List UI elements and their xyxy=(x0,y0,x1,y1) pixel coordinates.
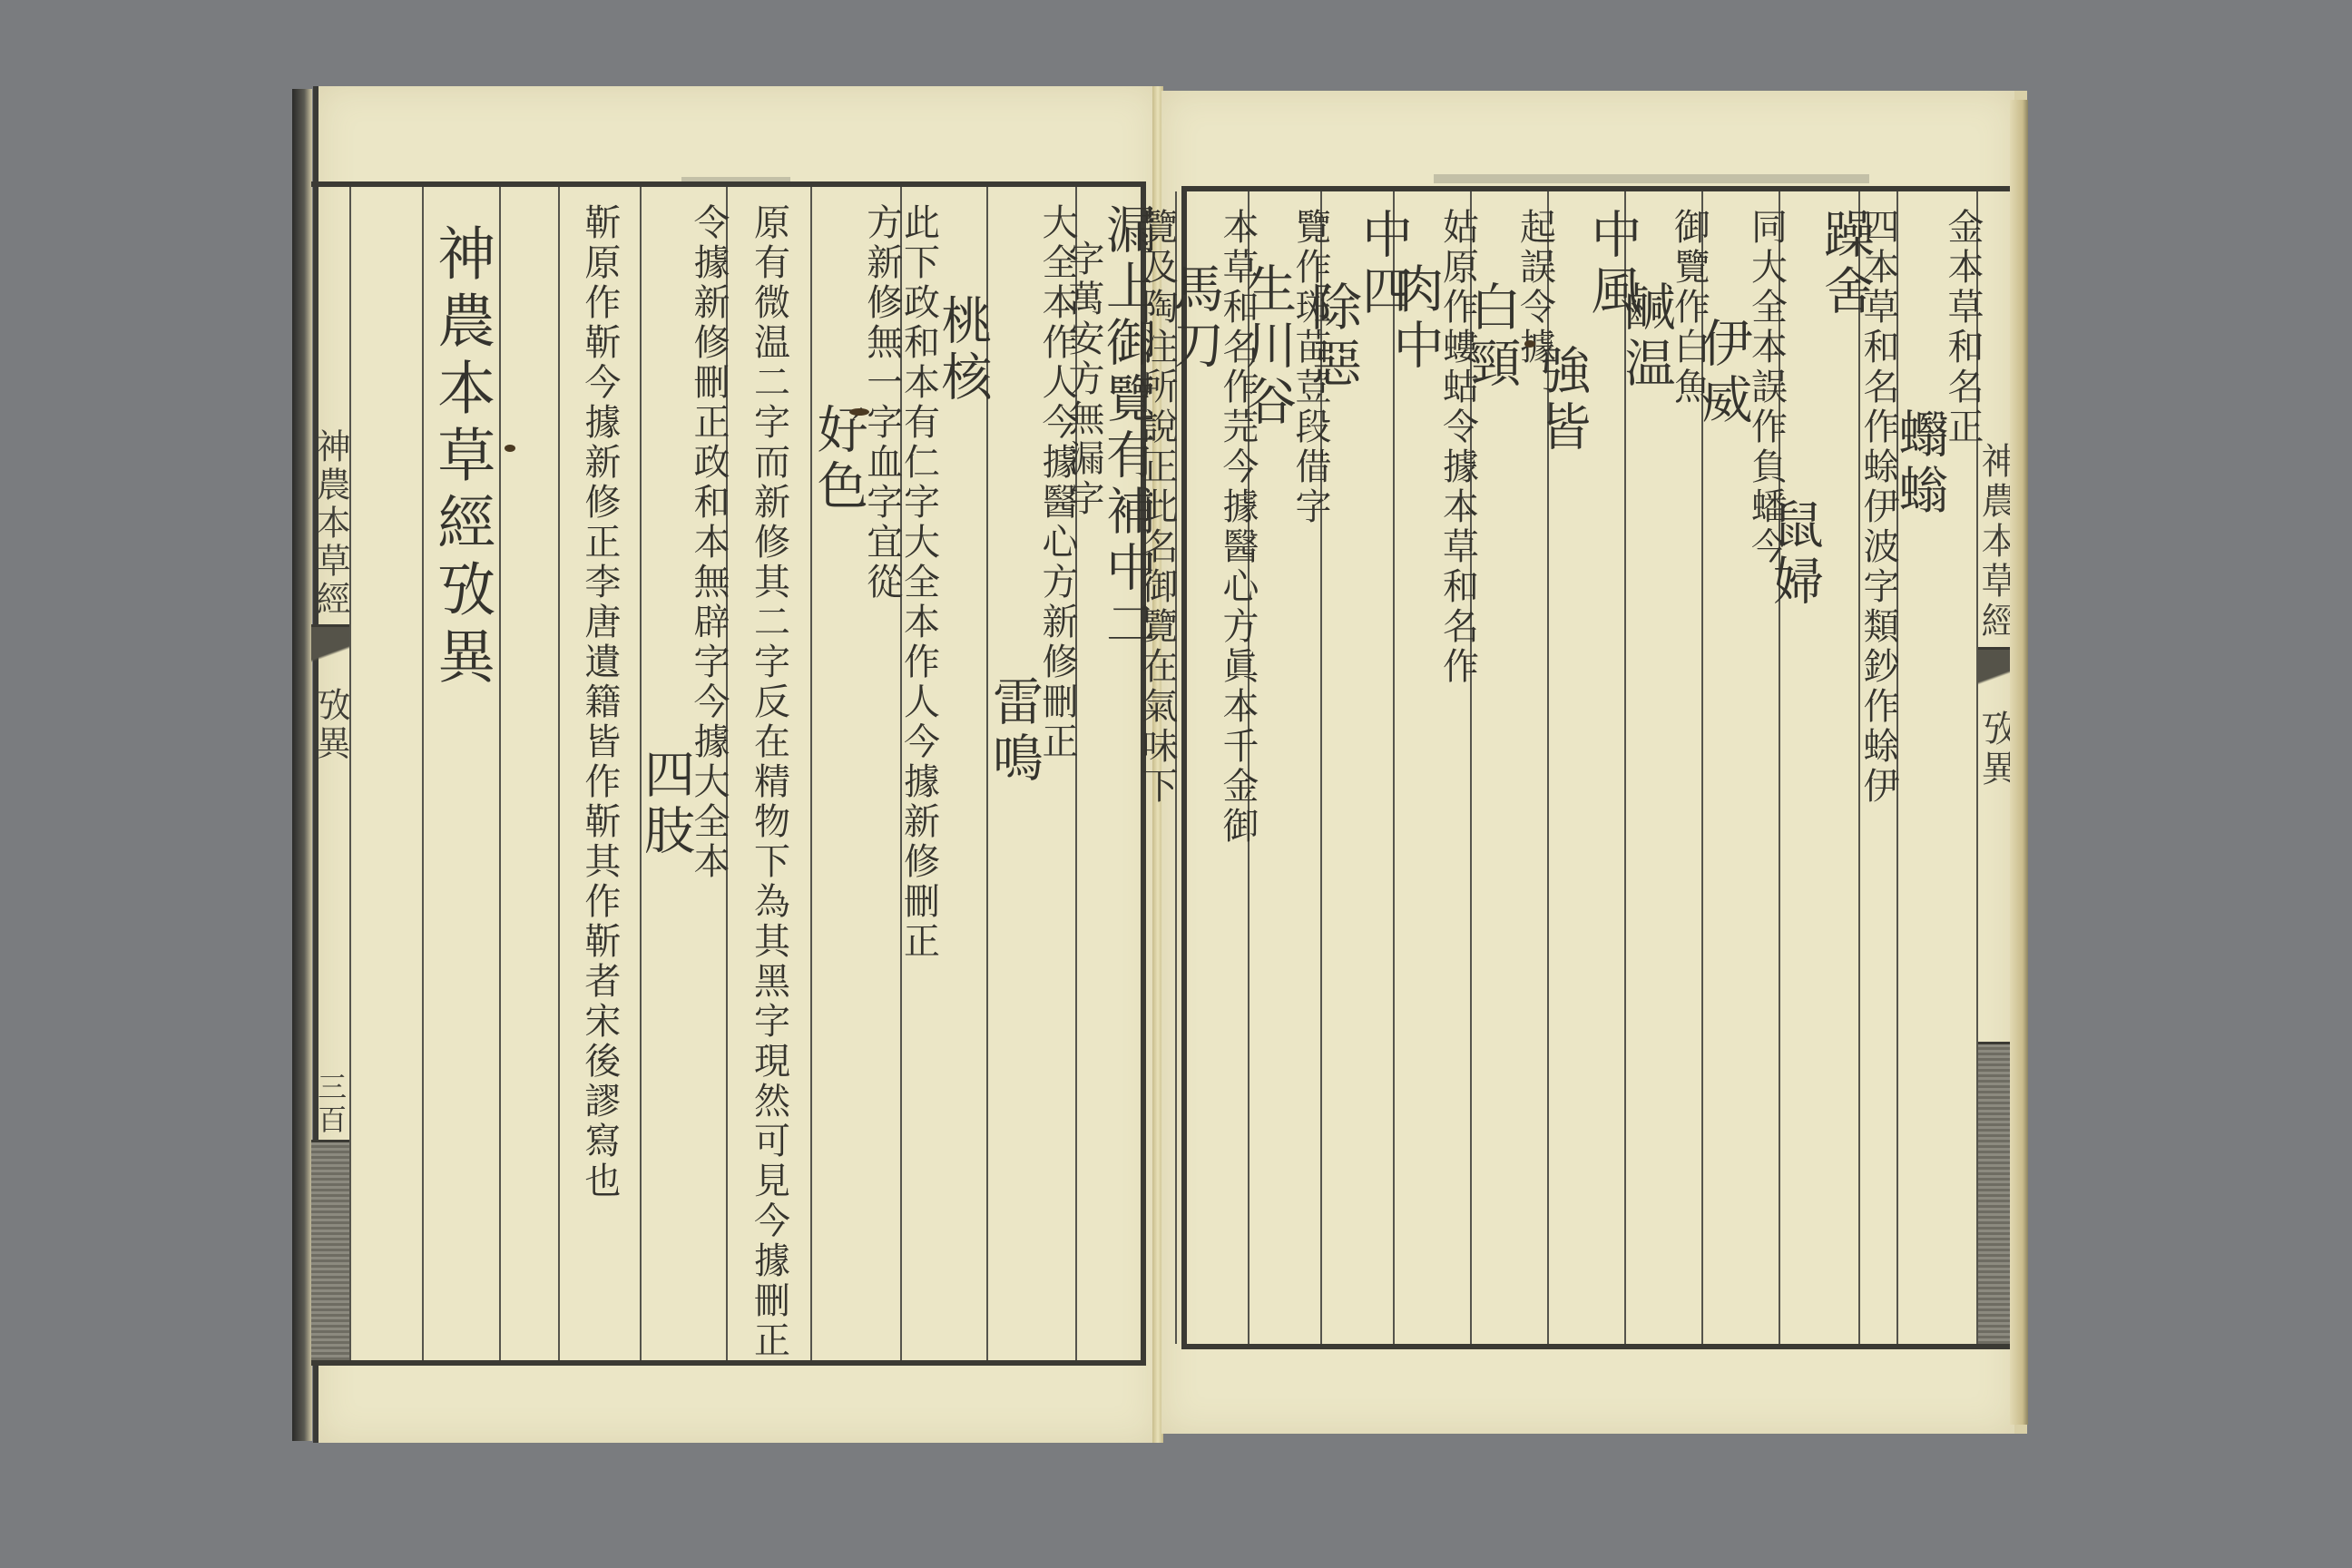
left-col-8 xyxy=(499,187,559,1360)
right-page: 神農本草經 攷異 三 金本草和名正 蠮螉 四本草和名作蜍伊波字類鈔作蜍伊 躁舍 … xyxy=(1161,91,2027,1434)
text-main: 四肢 xyxy=(640,748,691,1360)
right-col-12: 覽及陶注所說正此名御覽在氣味下 xyxy=(1139,191,1175,1344)
left-page: 漏上御覽有補中二 字萬安方無漏字 大全本作人今據醫心方新修刪正 雷鳴 桃核 此下… xyxy=(313,86,1158,1443)
book-edge-right xyxy=(2010,100,2028,1425)
text-main: 桃核 xyxy=(937,294,988,1360)
ink-spot xyxy=(505,445,515,452)
left-page-frame: 漏上御覽有補中二 字萬安方無漏字 大全本作人今據醫心方新修刪正 雷鳴 桃核 此下… xyxy=(311,181,1146,1366)
right-col-6: 中風 強皆 xyxy=(1547,191,1624,1344)
right-page-frame: 神農本草經 攷異 三 金本草和名正 蠮螉 四本草和名作蜍伊波字類鈔作蜍伊 躁舍 … xyxy=(1181,186,2014,1349)
left-col-empty xyxy=(349,187,422,1360)
left-col-4: 方新修無一字血字宜從 好色 xyxy=(810,187,900,1360)
right-col-10: 覽作斑苗荳段借字 生川谷 xyxy=(1248,191,1320,1344)
text-note: 姑原作螻蛄令據本草和名作 xyxy=(1440,208,1476,1344)
fish-tail-mark xyxy=(1978,647,2014,704)
right-col-11: 本草和名作芫今據醫心方眞本千金御 馬刀 xyxy=(1175,191,1248,1344)
left-col-7: 靳原作靳今據新修正李唐遺籍皆作靳其作靳者宋後謬寫也 xyxy=(558,187,639,1360)
text-note: 覽作斑苗荳段借字 xyxy=(1292,208,1328,1344)
left-col-1: 漏上御覽有補中二 字萬安方無漏字 xyxy=(1075,187,1141,1360)
left-fold-strip: 神農本草經 攷異 三百 xyxy=(311,187,349,1360)
page-number: 三百 xyxy=(316,1072,345,1137)
document-title: 神農本草經攷異 xyxy=(432,203,490,1360)
left-col-2: 大全本作人今據醫心方新修刪正 雷鳴 xyxy=(986,187,1075,1360)
text-note: 金本草和名正 xyxy=(1945,208,1981,1344)
text-note: 本草和名作芫今據醫心方眞本千金御 xyxy=(1220,208,1256,1344)
ink-spot xyxy=(1524,340,1535,348)
text-note: 方新修無一字血字宜從 xyxy=(864,203,900,1360)
book-edge-left xyxy=(292,89,312,1441)
title-column: 神農本草經攷異 xyxy=(422,187,499,1360)
right-col-9: 中四 除惡 xyxy=(1320,191,1393,1344)
black-mouth xyxy=(1978,1042,2014,1344)
fold-title: 神農本草經 xyxy=(313,428,348,619)
fish-tail-mark xyxy=(311,624,349,681)
text-note: 大全本作人今據醫心方新修刪正 xyxy=(1039,203,1075,1360)
text-note: 令據新修刪正政和本無辟字今據大全本 xyxy=(691,203,727,1360)
text-note: 覽及陶注所說正此名御覽在氣味下 xyxy=(1139,208,1175,1344)
left-col-6: 令據新修刪正政和本無辟字今據大全本 四肢 xyxy=(640,187,726,1360)
right-col-7: 起誤令據 白頸 xyxy=(1470,191,1547,1344)
text-note: 御覽作白魚 xyxy=(1671,208,1708,1344)
text-note: 靳原作靳今據新修正李唐遺籍皆作靳其作靳者宋後謬寫也 xyxy=(582,203,618,1360)
right-col-3: 躁舍 鼠婦 xyxy=(1779,191,1858,1344)
left-col-5: 原有微温二字而新修其二字反在精物下為其黑字現然可見今據刪正 xyxy=(726,187,811,1360)
black-mouth xyxy=(311,1140,349,1360)
text-main: 躁舍 xyxy=(1819,208,1870,1344)
text-note: 此下政和本有仁字大全本作人今據新修刪正 xyxy=(901,203,937,1360)
text-main: 蠮螉 xyxy=(1894,407,1945,1344)
fold-section: 攷異 xyxy=(1978,710,2014,789)
open-book: 漏上御覽有補中二 字萬安方無漏字 大全本作人今據醫心方新修刪正 雷鳴 桃核 此下… xyxy=(0,0,2352,1568)
text-main: 中風 xyxy=(1587,208,1638,1344)
right-col-1: 金本草和名正 蠮螉 xyxy=(1896,191,1976,1344)
text-main: 中四 xyxy=(1357,208,1408,1344)
bleed-mark xyxy=(1434,174,1869,183)
left-col-3: 桃核 此下政和本有仁字大全本作人今據新修刪正 xyxy=(900,187,986,1360)
fold-section: 攷異 xyxy=(313,687,348,763)
text-note: 同大全本誤作負蟠今 xyxy=(1749,208,1785,1344)
text-main: 好色 xyxy=(813,403,864,1360)
right-col-4: 同大全本誤作負蟠今 伊威 xyxy=(1701,191,1779,1344)
fold-title: 神農本草經 xyxy=(1978,442,2014,642)
text-note: 原有微温二字而新修其二字反在精物下為其黑字現然可見今據刪正 xyxy=(750,203,787,1360)
ink-spot xyxy=(849,408,869,416)
text-main: 雷鳴 xyxy=(988,675,1039,1360)
text-note: 起誤令據 xyxy=(1517,208,1553,1344)
